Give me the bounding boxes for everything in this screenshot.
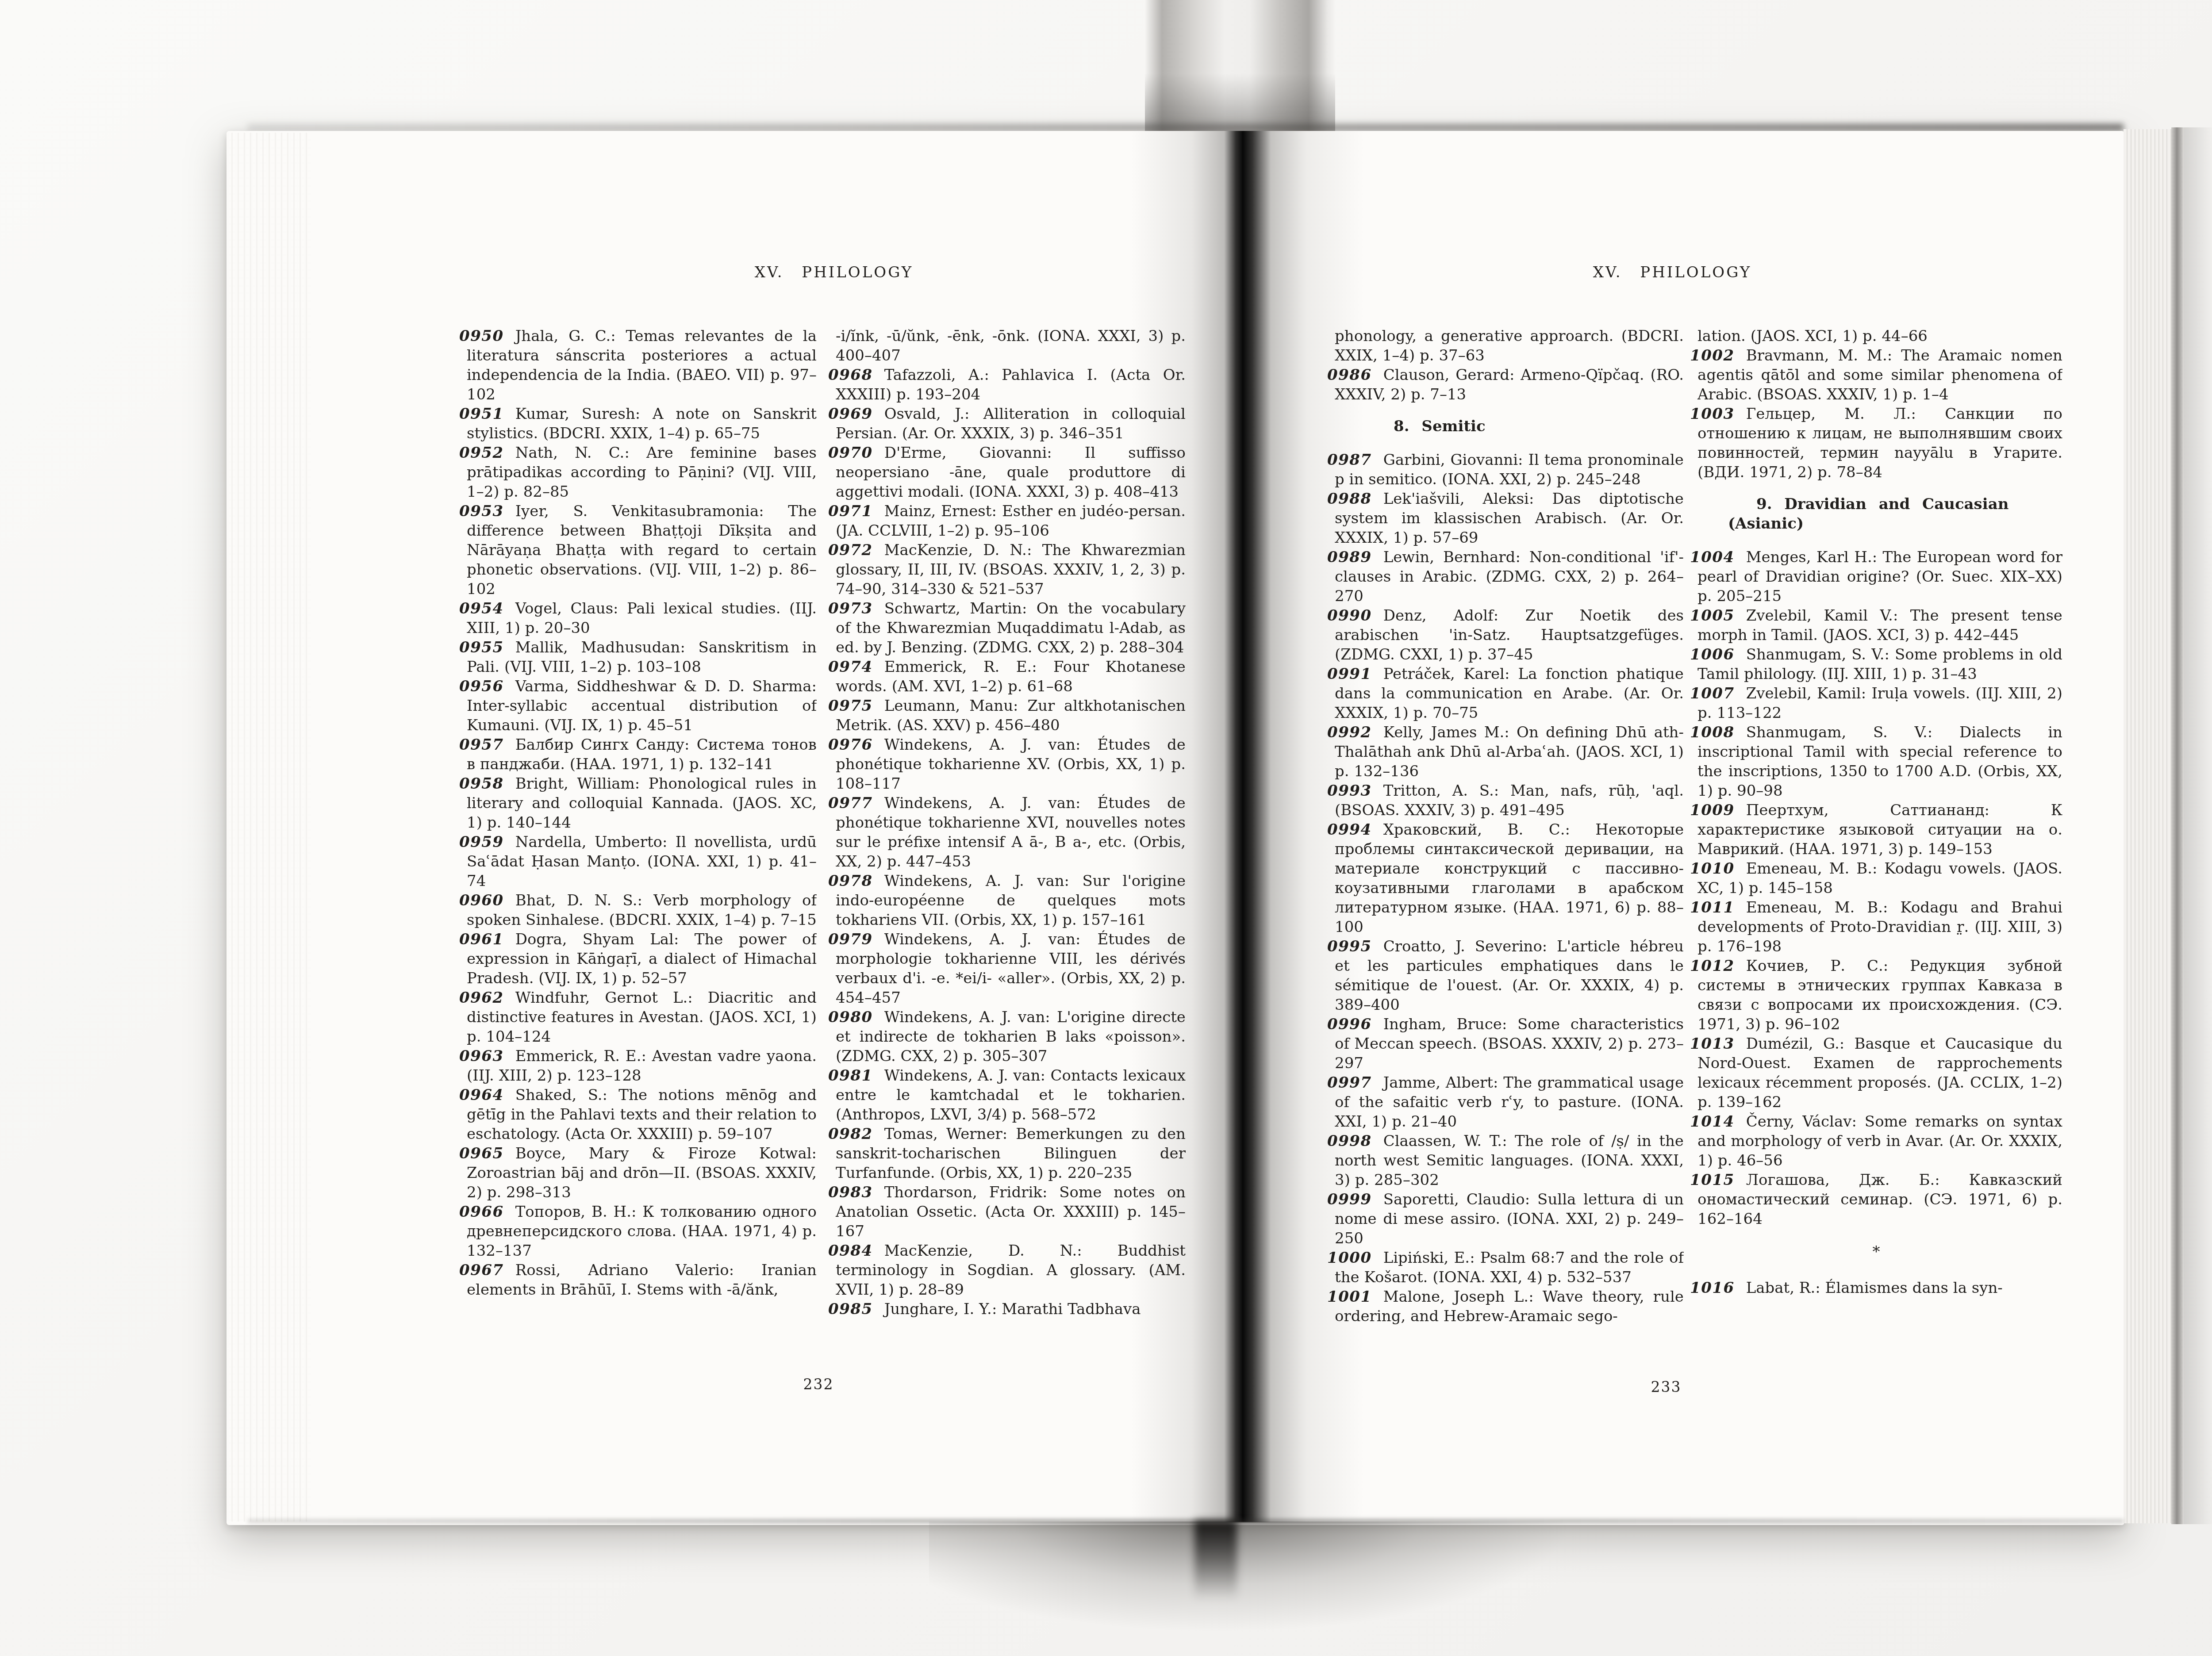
entry-text: D'Erme, Giovanni: Il suffisso neopersian… <box>836 444 1186 501</box>
entry-number: 0995 <box>1327 938 1372 955</box>
entry-number: 1014 <box>1690 1113 1735 1131</box>
entry-text: Jamme, Albert: The grammatical usage of … <box>1335 1074 1684 1131</box>
entry-text: Гельцер, М. Л.: Санкции по отношению к л… <box>1697 405 2062 481</box>
entry-number: 0996 <box>1327 1016 1372 1033</box>
entry-number: 0963 <box>459 1047 504 1065</box>
entry-number: 1003 <box>1690 405 1735 423</box>
entry-text: Jhala, G. C.: Temas relevantes de la lit… <box>467 327 817 403</box>
entry-text: Rossi, Adriano Valerio: Iranian elements… <box>467 1261 817 1299</box>
entry-number: 0982 <box>828 1125 873 1143</box>
bib-entry: 1014Černy, Václav: Some remarks on synta… <box>1690 1112 2062 1170</box>
bib-entry: 1011Emeneau, M. B.: Kodagu and Brahui de… <box>1690 898 2062 956</box>
entry-number: 0956 <box>459 678 504 695</box>
entry-text: Petráček, Karel: La fonction phatique da… <box>1335 665 1684 722</box>
bib-entry: 0951Kumar, Suresh: A note on Sanskrit st… <box>459 404 817 443</box>
entry-number: 0977 <box>828 794 873 812</box>
entry-number: 0993 <box>1327 782 1372 800</box>
entry-text: Boyce, Mary & Firoze Kotwal: Zoroastrian… <box>467 1145 817 1201</box>
book-right-shadow <box>2184 127 2212 1524</box>
entry-text: Логашова, Дж. Б.: Кавказский ономастичес… <box>1697 1171 2062 1228</box>
bib-entry: 0954Vogel, Claus: Pali lexical studies. … <box>459 599 817 638</box>
entry-continuation: phonology, a generative approarch. (BDCR… <box>1327 326 1684 365</box>
bib-entry: 1016Labat, R.: Élamismes dans la syn- <box>1690 1278 2062 1298</box>
entry-number: 0953 <box>459 502 504 520</box>
entry-number: 1015 <box>1690 1171 1735 1189</box>
entry-text: Clauson, Gerard: Armeno-Qïpčaq. (RO. XXX… <box>1335 366 1684 403</box>
photo-background: XV. PHILOLOGY XV. PHILOLOGY 0950Jhala, G… <box>0 0 2212 1656</box>
entry-number: 0970 <box>828 444 873 462</box>
bib-entry: 0974Emmerick, R. E.: Four Khotanese word… <box>828 657 1186 696</box>
bib-entry: 1010Emeneau, M. B.: Kodagu vowels. (JAOS… <box>1690 859 2062 898</box>
bib-entry: 0985Junghare, I. Y.: Marathi Tadbhava <box>828 1299 1186 1319</box>
entry-number: 0973 <box>828 600 873 617</box>
gutter-bottom-shadow <box>1194 1521 1237 1600</box>
entry-number: 0984 <box>828 1242 873 1260</box>
entry-text: Iyer, S. Venkitasubramonia: The differen… <box>467 502 817 598</box>
entry-text: Schwartz, Martin: On the vocabulary of t… <box>836 600 1186 656</box>
entry-number: 0981 <box>828 1067 873 1085</box>
entry-text: Garbini, Giovanni: Il tema pronominale p… <box>1335 451 1684 488</box>
entry-number: 0976 <box>828 736 873 754</box>
entry-number: 0971 <box>828 502 873 520</box>
bib-entry: 0950Jhala, G. C.: Temas relevantes de la… <box>459 326 817 404</box>
entry-number: 0966 <box>459 1203 504 1221</box>
entry-text: Bravmann, M. M.: The Aramaic nomen agent… <box>1697 347 2062 403</box>
bib-entry: 0979Windekens, A. J. van: Études de morp… <box>828 930 1186 1008</box>
entry-text: MacKenzie, D. N.: The Khwarezmian glossa… <box>836 541 1186 598</box>
bib-entry: 1004Menges, Karl H.: The European word f… <box>1690 548 2062 606</box>
entry-text: Emeneau, M. B.: Kodagu and Brahui develo… <box>1697 899 2062 955</box>
entry-number: 1013 <box>1690 1035 1735 1053</box>
bib-entry: 0998Claassen, W. T.: The role of /ṣ/ in … <box>1327 1131 1684 1190</box>
entry-number: 1002 <box>1690 347 1735 364</box>
entry-number: 0979 <box>828 931 873 948</box>
book-cover-edge <box>2171 127 2184 1524</box>
bib-entry: 1013Dumézil, G.: Basque et Caucasique du… <box>1690 1034 2062 1112</box>
entry-text: Tafazzoli, A.: Pahlavica I. (Acta Or. XX… <box>836 366 1186 403</box>
entry-text: Varma, Siddheshwar & D. D. Sharma: Inter… <box>467 678 817 734</box>
bib-entry: 0957Балбир Сингх Санду: Система тонов в … <box>459 735 817 774</box>
bib-entry: 0994Храковский, В. С.: Некоторые проблем… <box>1327 820 1684 937</box>
bib-entry: 0988Lek'iašvili, Aleksi: Das diptotische… <box>1327 489 1684 548</box>
entry-text: Claassen, W. T.: The role of /ṣ/ in the … <box>1335 1132 1684 1189</box>
bib-entry: 0959Nardella, Umberto: Il novellista, ur… <box>459 832 817 891</box>
entry-number: 1004 <box>1690 548 1735 566</box>
entry-number: 0983 <box>828 1184 873 1201</box>
entry-number: 0972 <box>828 541 873 559</box>
section-heading: 8. Semitic <box>1327 417 1684 436</box>
entry-number: 0999 <box>1327 1191 1372 1208</box>
entry-number: 0978 <box>828 872 873 890</box>
bib-entry: 1002Bravmann, M. M.: The Aramaic nomen a… <box>1690 346 2062 404</box>
bib-entry: 0992Kelly, James M.: On defining Dhū ath… <box>1327 723 1684 781</box>
entry-number: 0957 <box>459 736 504 754</box>
bib-entry: 1003Гельцер, М. Л.: Санкции по отношению… <box>1690 404 2062 482</box>
bib-entry: 0996Ingham, Bruce: Some characteristics … <box>1327 1015 1684 1073</box>
entry-text: Kumar, Suresh: A note on Sanskrit stylis… <box>467 405 817 442</box>
entry-number: 0965 <box>459 1145 504 1162</box>
entry-text: Zvelebil, Kamil: Iruḷa vowels. (IIJ. XII… <box>1697 685 2062 722</box>
bib-entry: 0963Emmerick, R. E.: Avestan vadre yaona… <box>459 1046 817 1085</box>
entry-text: Zvelebil, Kamil V.: The present tense mo… <box>1697 607 2062 644</box>
entry-number: 1009 <box>1690 801 1735 819</box>
bib-entry: 0986Clauson, Gerard: Armeno-Qïpčaq. (RO.… <box>1327 365 1684 404</box>
entry-text: Windekens, A. J. van: Études de morpholo… <box>836 931 1186 1007</box>
entry-text: Windfuhr, Gernot L.: Diacritic and disti… <box>467 989 817 1046</box>
entry-number: 0960 <box>459 892 504 909</box>
entry-text: Kelly, James M.: On defining Dhū ath-Tha… <box>1335 724 1684 780</box>
bib-entry: 1009Пеертхум, Саттиананд: К характеристи… <box>1690 801 2062 859</box>
bib-entry: 1007Zvelebil, Kamil: Iruḷa vowels. (IIJ.… <box>1690 684 2062 723</box>
bib-entry: 0960Bhat, D. N. S.: Verb morphology of s… <box>459 891 817 930</box>
book-spine-top <box>1145 0 1335 134</box>
bib-entry: 0990Denz, Adolf: Zur Noetik des arabisch… <box>1327 606 1684 664</box>
bib-entry: 0968Tafazzoli, A.: Pahlavica I. (Acta Or… <box>828 365 1186 404</box>
entry-text: Nardella, Umberto: Il novellista, urdū S… <box>467 833 817 890</box>
bib-entry: 0987Garbini, Giovanni: Il tema pronomina… <box>1327 450 1684 489</box>
entry-text: Leumann, Manu: Zur altkhotanischen Metri… <box>836 697 1186 734</box>
column-right-2: lation. (JAOS. XCI, 1) p. 44–661002Bravm… <box>1690 326 2062 1384</box>
bib-entry: 1012Кочиев, Р. С.: Редукция зубной систе… <box>1690 956 2062 1034</box>
bib-entry: 0991Petráček, Karel: La fonction phatiqu… <box>1327 664 1684 723</box>
entry-text: Топоров, В. Н.: К толкованию одного древ… <box>467 1203 817 1260</box>
entry-text: Bright, William: Phonological rules in l… <box>467 775 817 832</box>
bib-entry: 0989Lewin, Bernhard: Non-conditional 'if… <box>1327 548 1684 606</box>
bib-entry: 0980Windekens, A. J. van: L'origine dire… <box>828 1008 1186 1066</box>
entry-number: 1000 <box>1327 1249 1372 1267</box>
entry-text: Храковский, В. С.: Некоторые проблемы си… <box>1335 821 1684 936</box>
entry-number: 0987 <box>1327 451 1372 469</box>
bib-entry: 0955Mallik, Madhusudan: Sanskritism in P… <box>459 638 817 677</box>
bib-entry: 0964Shaked, S.: The notions mēnōg and gē… <box>459 1085 817 1144</box>
entry-number: 0991 <box>1327 665 1372 683</box>
running-head-left: XV. PHILOLOGY <box>635 264 1033 281</box>
entry-text: Saporetti, Claudio: Sulla lettura di un … <box>1335 1191 1684 1247</box>
column-right-1: phonology, a generative approarch. (BDCR… <box>1327 326 1684 1384</box>
entry-text: Lewin, Bernhard: Non-conditional 'if'-cl… <box>1335 548 1684 605</box>
entry-number: 1005 <box>1690 607 1735 625</box>
left-page-fore-edge <box>227 133 311 1522</box>
entry-number: 0974 <box>828 658 873 676</box>
column-left-2: -i/ĭnk, -ū/ŭnk, -ēnk, -ōnk. (IONA. XXXI,… <box>828 326 1186 1384</box>
entry-number: 1007 <box>1690 685 1735 702</box>
running-head-right: XV. PHILOLOGY <box>1473 264 1871 281</box>
entry-number: 0955 <box>459 639 504 656</box>
bib-entry: 0997Jamme, Albert: The grammatical usage… <box>1327 1073 1684 1131</box>
bib-entry: 1005Zvelebil, Kamil V.: The present tens… <box>1690 606 2062 645</box>
entry-number: 1012 <box>1690 957 1735 975</box>
entry-number: 0958 <box>459 775 504 793</box>
bib-entry: 0999Saporetti, Claudio: Sulla lettura di… <box>1327 1190 1684 1248</box>
entry-text: Croatto, J. Severino: L'article hébreu e… <box>1335 938 1684 1014</box>
bib-entry: 0956Varma, Siddheshwar & D. D. Sharma: I… <box>459 677 817 735</box>
entry-text: Ingham, Bruce: Some characteristics of M… <box>1335 1016 1684 1072</box>
entry-number: 0989 <box>1327 548 1372 566</box>
entry-number: 0990 <box>1327 607 1372 625</box>
entry-text: Nath, N. C.: Are feminine bases prātipad… <box>467 444 817 501</box>
entry-text: Mainz, Ernest: Esther en judéo-persan. (… <box>836 502 1186 540</box>
entry-text: Lipiński, E.: Psalm 68:7 and the role of… <box>1335 1249 1684 1286</box>
entry-number: 0997 <box>1327 1074 1372 1092</box>
entry-text: Lek'iašvili, Aleksi: Das diptotische sys… <box>1335 490 1684 547</box>
entry-text: Shanmugam, S. V.: Dialects in inscriptio… <box>1697 724 2062 800</box>
entry-text: Emmerick, R. E.: Four Khotanese words. (… <box>836 658 1186 695</box>
entry-number: 0952 <box>459 444 504 462</box>
bib-entry: 0978Windekens, A. J. van: Sur l'origine … <box>828 871 1186 930</box>
entry-text: Mallik, Madhusudan: Sanskritism in Pali.… <box>467 639 817 676</box>
bib-entry: 1008Shanmugam, S. V.: Dialects in inscri… <box>1690 723 2062 801</box>
entry-text: Shaked, S.: The notions mēnōg and gētīg … <box>467 1086 817 1143</box>
entry-text: Emeneau, M. B.: Kodagu vowels. (JAOS. XC… <box>1697 860 2062 897</box>
bib-entry: 1006Shanmugam, S. V.: Some problems in o… <box>1690 645 2062 684</box>
entry-number: 0998 <box>1327 1132 1372 1150</box>
entry-text: Junghare, I. Y.: Marathi Tadbhava <box>884 1300 1141 1318</box>
entry-text: Osvald, J.: Alliteration in colloquial P… <box>836 405 1186 442</box>
entry-text: Emmerick, R. E.: Avestan vadre yaona. (I… <box>467 1047 817 1085</box>
bib-entry: 0970D'Erme, Giovanni: Il suffisso neoper… <box>828 443 1186 502</box>
entry-number: 0951 <box>459 405 504 423</box>
column-left-1: 0950Jhala, G. C.: Temas relevantes de la… <box>459 326 817 1384</box>
bib-entry: 0965Boyce, Mary & Firoze Kotwal: Zoroast… <box>459 1144 817 1202</box>
bib-entry: 0981Windekens, A. J. van: Contacts lexic… <box>828 1066 1186 1124</box>
bib-entry: 0971Mainz, Ernest: Esther en judéo-persa… <box>828 502 1186 540</box>
entry-continuation: -i/ĭnk, -ū/ŭnk, -ēnk, -ōnk. (IONA. XXXI,… <box>828 326 1186 365</box>
entry-number: 1011 <box>1690 899 1735 916</box>
book-bottom-shadow <box>929 1522 1708 1656</box>
entry-number: 1001 <box>1327 1288 1372 1306</box>
bib-entry: 0962Windfuhr, Gernot L.: Diacritic and d… <box>459 988 817 1046</box>
entry-text: Windekens, A. J. van: Sur l'origine indo… <box>836 872 1186 929</box>
page-number-right: 233 <box>1555 1378 1777 1395</box>
entry-text: Bhat, D. N. S.: Verb morphology of spoke… <box>467 892 817 929</box>
entry-text: Menges, Karl H.: The European word for p… <box>1697 548 2062 605</box>
bib-entry: 0961Dogra, Shyam Lal: The power of expre… <box>459 930 817 988</box>
entry-number: 0988 <box>1327 490 1372 508</box>
bib-entry: 0993Tritton, A. S.: Man, nafs, rūḥ, 'aql… <box>1327 781 1684 820</box>
bib-entry: 0958Bright, William: Phonological rules … <box>459 774 817 832</box>
entry-number: 0980 <box>828 1008 873 1026</box>
entry-continuation: lation. (JAOS. XCI, 1) p. 44–66 <box>1690 326 2062 346</box>
bib-entry: 0977Windekens, A. J. van: Études de phon… <box>828 793 1186 871</box>
entry-text: Dumézil, G.: Basque et Caucasique du Nor… <box>1697 1035 2062 1111</box>
bib-entry: 0995Croatto, J. Severino: L'article hébr… <box>1327 937 1684 1015</box>
entry-number: 0961 <box>459 931 504 948</box>
entry-text: Пеертхум, Саттиананд: К характеристике я… <box>1697 801 2062 858</box>
entry-text: Балбир Сингх Санду: Система тонов в панд… <box>467 736 817 773</box>
entry-text: MacKenzie, D. N.: Buddhist terminology i… <box>836 1242 1186 1299</box>
entry-number: 1016 <box>1690 1279 1735 1297</box>
entry-number: 0986 <box>1327 366 1372 384</box>
bib-entry: 0983Thordarson, Fridrik: Some notes on A… <box>828 1183 1186 1241</box>
entry-number: 0992 <box>1327 724 1372 741</box>
entry-number: 0954 <box>459 600 504 617</box>
entry-number: 0967 <box>459 1261 504 1279</box>
bib-entry: 0972MacKenzie, D. N.: The Khwarezmian gl… <box>828 540 1186 599</box>
bib-entry: 0976Windekens, A. J. van: Études de phon… <box>828 735 1186 793</box>
entry-text: Dogra, Shyam Lal: The power of expressio… <box>467 931 817 987</box>
section-heading: 9. Dravidian and Caucasian (Asianic) <box>1690 494 2062 533</box>
entry-text: Denz, Adolf: Zur Noetik des arabischen '… <box>1335 607 1684 663</box>
entry-text: Tomas, Werner: Bemerkungen zu den sanskr… <box>836 1125 1186 1182</box>
bib-entry: 1000Lipiński, E.: Psalm 68:7 and the rol… <box>1327 1248 1684 1287</box>
entry-text: Windekens, A. J. van: Contacts lexicaux … <box>836 1067 1186 1123</box>
bib-entry: 1015Логашова, Дж. Б.: Кавказский ономаст… <box>1690 1170 2062 1229</box>
entry-number: 0975 <box>828 697 873 715</box>
bib-entry: 1001Malone, Joseph L.: Wave theory, rule… <box>1327 1287 1684 1326</box>
entry-text: Malone, Joseph L.: Wave theory, rule ord… <box>1335 1288 1684 1325</box>
entry-text: Windekens, A. J. van: Études de phonétiq… <box>836 794 1186 870</box>
entry-number: 1010 <box>1690 860 1735 878</box>
bib-entry: 0982Tomas, Werner: Bemerkungen zu den sa… <box>828 1124 1186 1183</box>
entry-number: 0985 <box>828 1300 873 1318</box>
entry-text: Tritton, A. S.: Man, nafs, rūḥ, 'aql. (B… <box>1335 782 1684 819</box>
entry-text: Windekens, A. J. van: Études de phonétiq… <box>836 736 1186 793</box>
separator-star: * <box>1690 1242 2062 1261</box>
bib-entry: 0952Nath, N. C.: Are feminine bases prāt… <box>459 443 817 502</box>
entry-text: Vogel, Claus: Pali lexical studies. (IIJ… <box>467 600 817 637</box>
bib-entry: 0966Топоров, В. Н.: К толкованию одного … <box>459 1202 817 1261</box>
entry-number: 0968 <box>828 366 873 384</box>
bib-entry: 0975Leumann, Manu: Zur altkhotanischen M… <box>828 696 1186 735</box>
entry-number: 0994 <box>1327 821 1372 839</box>
entry-text: Shanmugam, S. V.: Some problems in old T… <box>1697 646 2062 683</box>
entry-number: 1008 <box>1690 724 1735 741</box>
entry-text: Thordarson, Fridrik: Some notes on Anato… <box>836 1184 1186 1240</box>
bib-entry: 0953Iyer, S. Venkitasubramonia: The diff… <box>459 502 817 599</box>
entry-number: 1006 <box>1690 646 1735 663</box>
entry-number: 0964 <box>459 1086 504 1104</box>
page-number-left: 232 <box>708 1376 929 1393</box>
entry-text: Labat, R.: Élamismes dans la syn- <box>1746 1279 2003 1297</box>
book-top-shadow <box>248 124 2124 131</box>
entry-number: 0962 <box>459 989 504 1007</box>
bib-entry: 0969Osvald, J.: Alliteration in colloqui… <box>828 404 1186 443</box>
entry-text: Windekens, A. J. van: L'origine directe … <box>836 1008 1186 1065</box>
right-page-fore-edge <box>2124 129 2171 1523</box>
entry-number: 0959 <box>459 833 504 851</box>
entry-number: 0969 <box>828 405 873 423</box>
entry-number: 0950 <box>459 327 504 345</box>
bib-entry: 0973Schwartz, Martin: On the vocabulary … <box>828 599 1186 657</box>
bib-entry: 0967Rossi, Adriano Valerio: Iranian elem… <box>459 1261 817 1299</box>
entry-text: Кочиев, Р. С.: Редукция зубной системы в… <box>1697 957 2062 1033</box>
entry-text: Černy, Václav: Some remarks on syntax an… <box>1697 1113 2062 1169</box>
bib-entry: 0984MacKenzie, D. N.: Buddhist terminolo… <box>828 1241 1186 1299</box>
